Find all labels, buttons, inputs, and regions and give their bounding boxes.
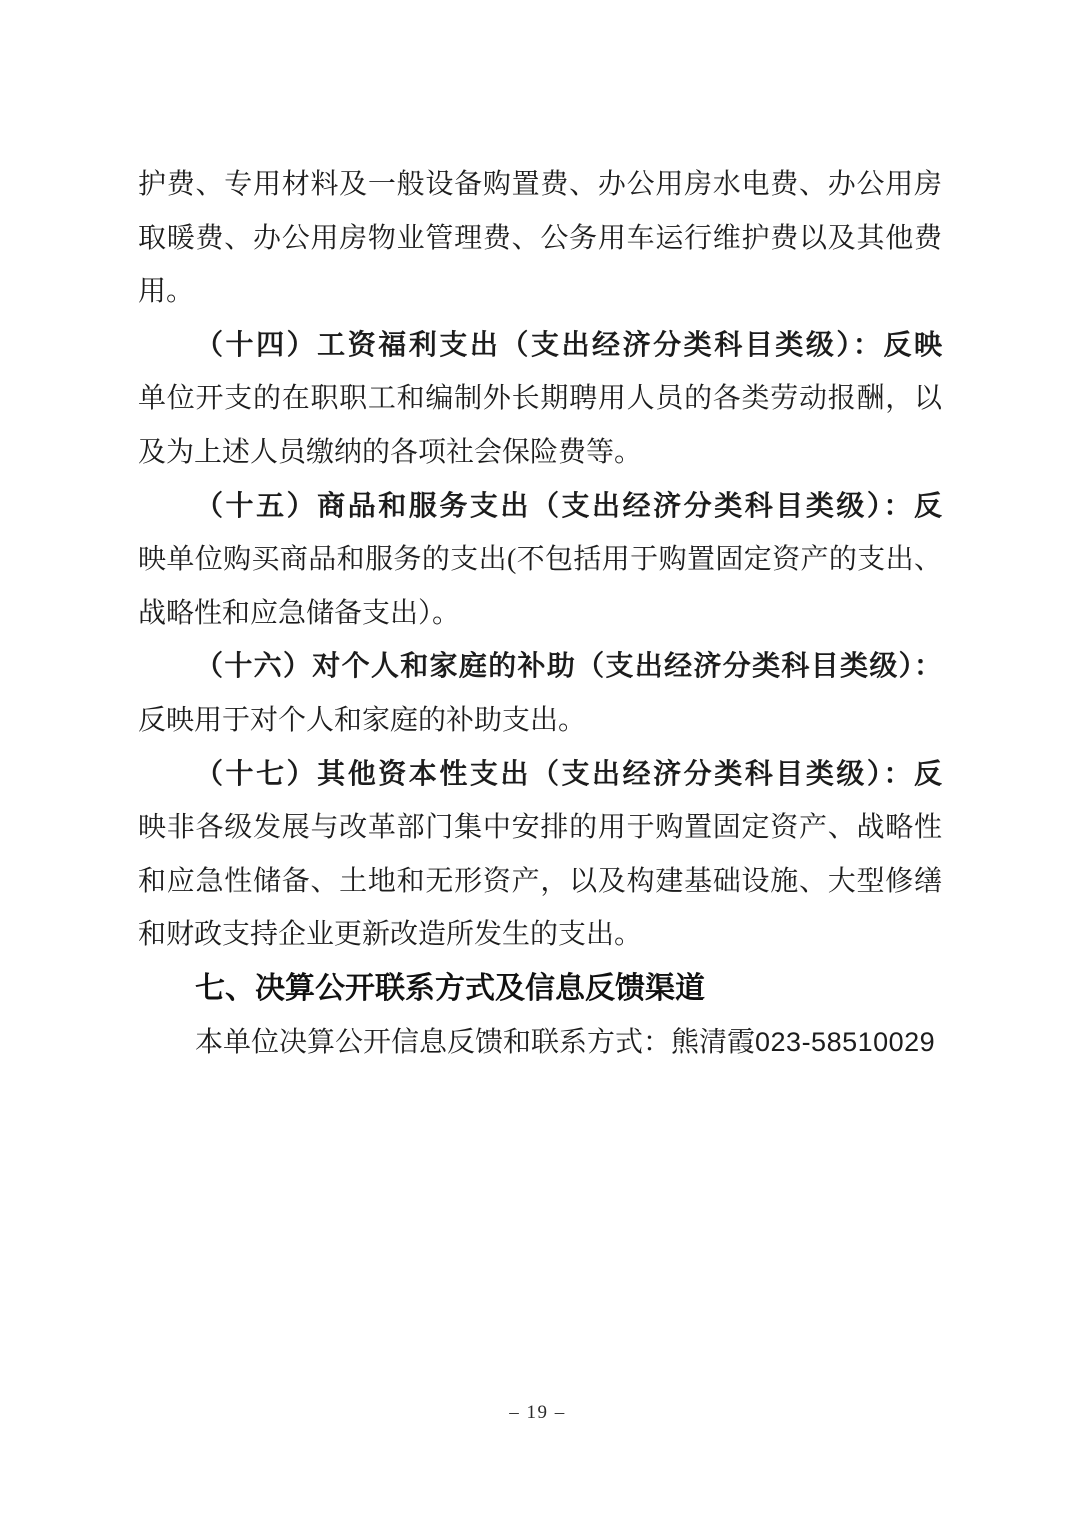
paragraph-line: 战略性和应急储备支出）。 xyxy=(138,587,942,641)
paragraph-label-line: （十五）商品和服务支出（支出经济分类科目类级）：反 xyxy=(138,480,942,534)
page-number: – 19 – xyxy=(0,1402,1075,1424)
document-page: 护费、专用材料及一般设备购置费、办公用房水电费、办公用房 取暖费、办公用房物业管… xyxy=(0,0,1075,1520)
paragraph-line: 取暖费、办公用房物业管理费、公务用车运行维护费以及其他费 xyxy=(138,212,942,266)
paragraph-label-line: （十七）其他资本性支出（支出经济分类科目类级）：反 xyxy=(138,748,942,802)
contact-phone: 023-58510029 xyxy=(755,1027,935,1057)
contact-line: 本单位决算公开信息反馈和联系方式：熊清霞023-58510029 xyxy=(138,1016,942,1070)
paragraph-line: 和应急性储备、土地和无形资产，以及构建基础设施、大型修缮 xyxy=(138,855,942,909)
paragraph-line: 单位开支的在职职工和编制外长期聘用人员的各类劳动报酬，以 xyxy=(138,372,942,426)
paragraph-line: 护费、专用材料及一般设备购置费、办公用房水电费、办公用房 xyxy=(138,158,942,212)
paragraph-line: 映单位购买商品和服务的支出(不包括用于购置固定资产的支出、 xyxy=(138,533,942,587)
paragraph-label-line: （十六）对个人和家庭的补助（支出经济分类科目类级）： xyxy=(138,640,942,694)
paragraph-line: 反映用于对个人和家庭的补助支出。 xyxy=(138,694,942,748)
text-body: 护费、专用材料及一般设备购置费、办公用房水电费、办公用房 取暖费、办公用房物业管… xyxy=(138,158,942,1069)
contact-text: 本单位决算公开信息反馈和联系方式：熊清霞 xyxy=(195,1027,755,1058)
paragraph-line: 及为上述人员缴纳的各项社会保险费等。 xyxy=(138,426,942,480)
section-heading: 七、决算公开联系方式及信息反馈渠道 xyxy=(138,962,942,1016)
paragraph-line: 和财政支持企业更新改造所发生的支出。 xyxy=(138,908,942,962)
paragraph-line: 用。 xyxy=(138,265,942,319)
paragraph-label-line: （十四）工资福利支出（支出经济分类科目类级）：反映 xyxy=(138,319,942,373)
paragraph-line: 映非各级发展与改革部门集中安排的用于购置固定资产、战略性 xyxy=(138,801,942,855)
